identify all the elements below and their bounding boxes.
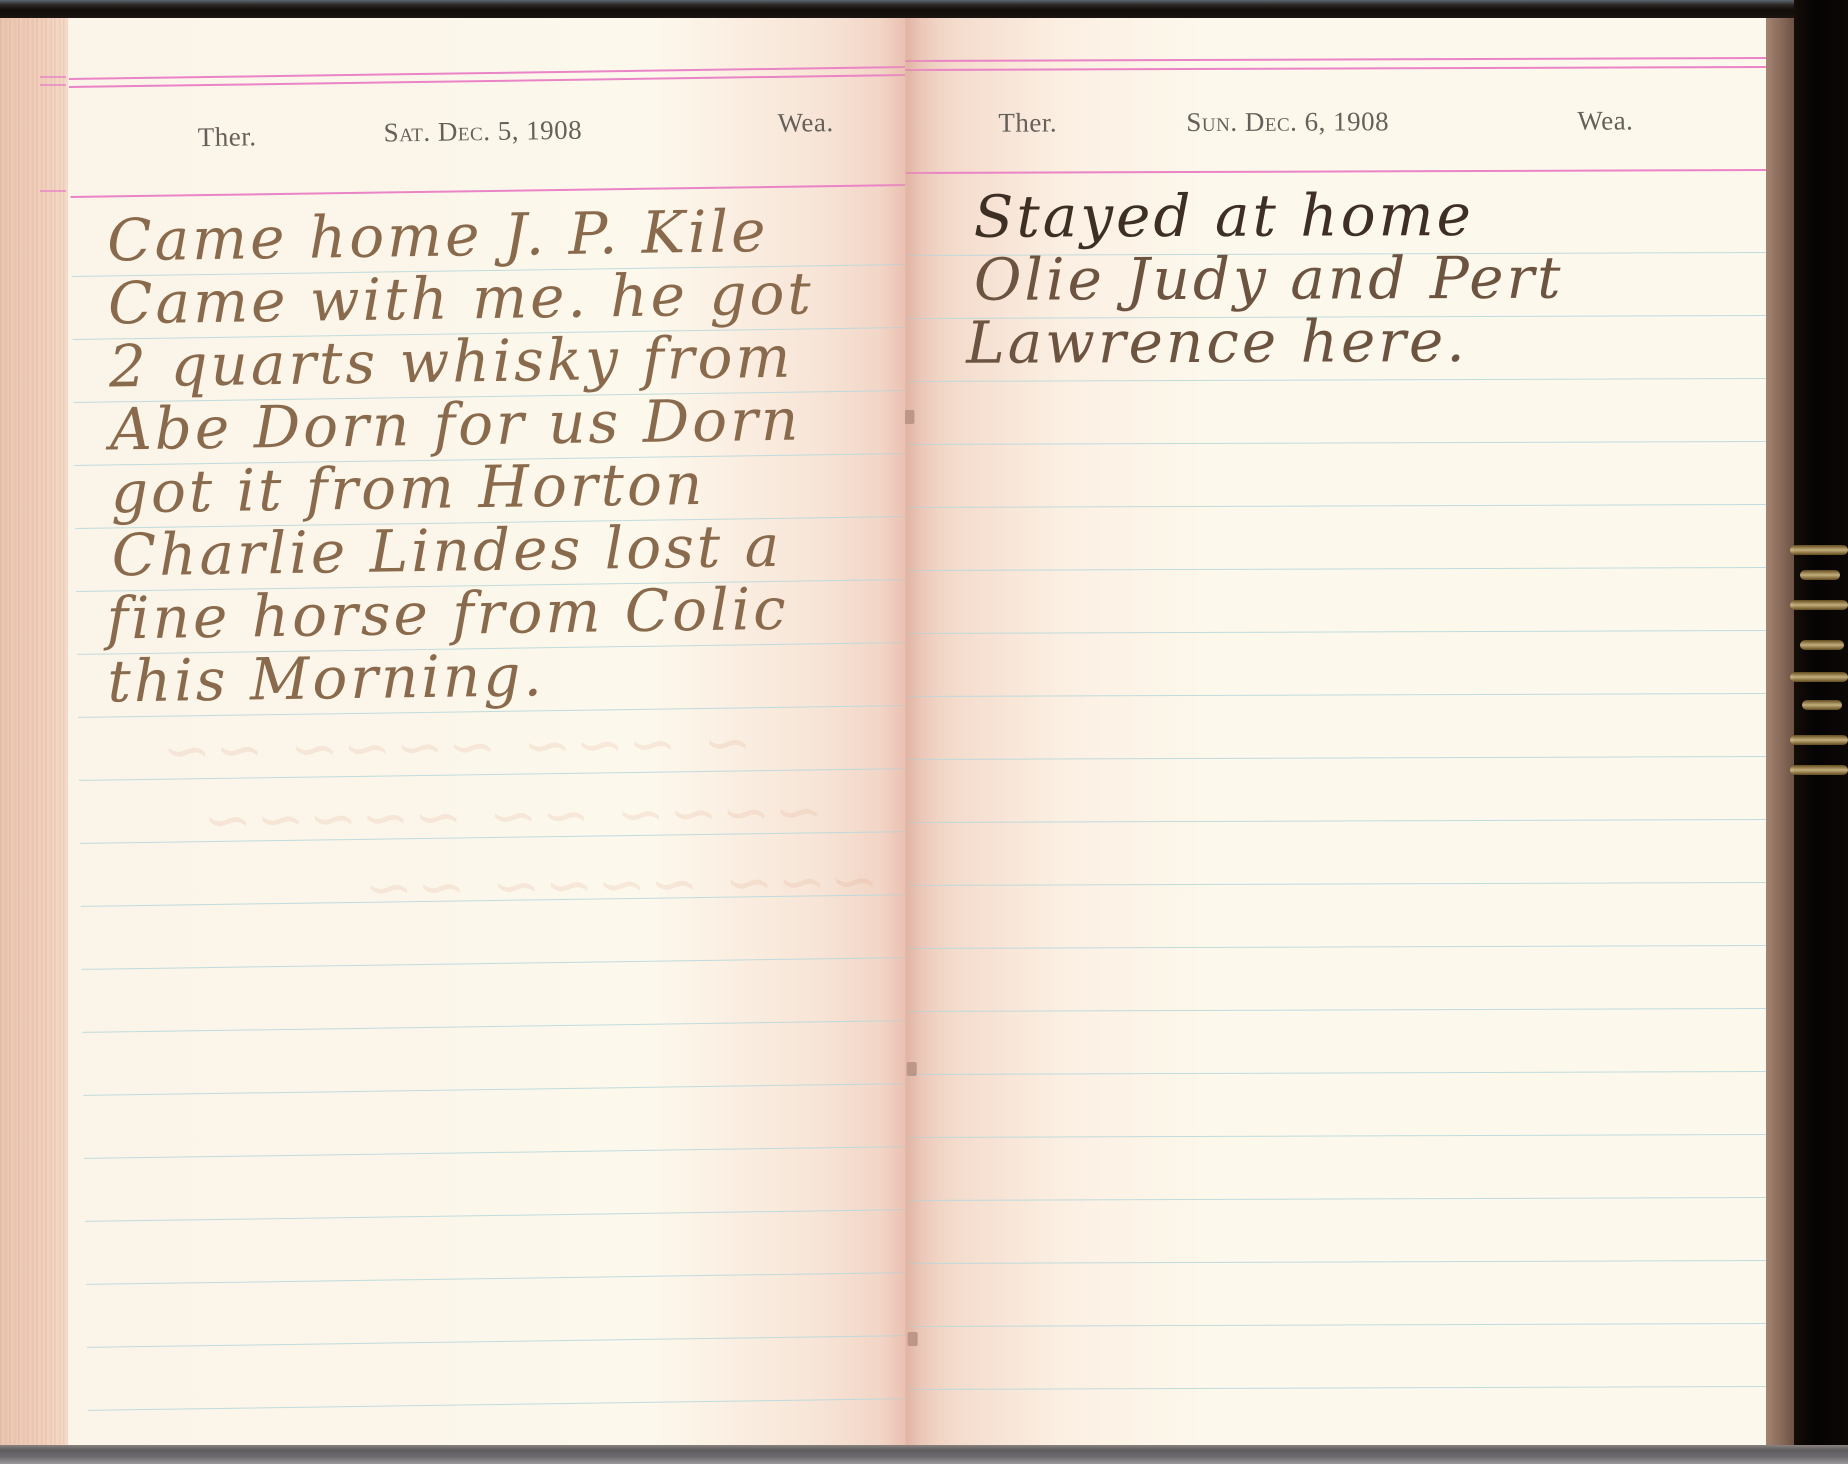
page-date: Sun. Dec. 6, 1908	[1186, 108, 1389, 136]
ruled-line	[907, 504, 1766, 508]
page-sheet: Ther. Sat. Dec. 5, 1908 Wea. ~ ~~~ ~~~~ …	[68, 18, 905, 1445]
binding-stitch	[907, 1062, 917, 1076]
entry-line-4: Abe Dorn for us Dorn	[109, 391, 801, 459]
ruled-line	[908, 1008, 1766, 1012]
entry-line-3: 2 quarts whisky from	[109, 328, 794, 396]
pink-rule-edge-tick	[40, 76, 66, 78]
entry-line-2: Came with me. he got	[108, 264, 814, 332]
ruled-line	[909, 1134, 1766, 1138]
entry-line-6: Charlie Lindes lost a	[111, 517, 782, 585]
bleed-through-text: ~~~~ ~~ ~~~~~	[199, 777, 823, 854]
ruled-line	[908, 945, 1766, 949]
header-rule-bottom	[906, 169, 1766, 174]
ruled-line	[908, 882, 1766, 886]
ruled-line	[82, 957, 905, 970]
ruled-line	[906, 441, 1766, 445]
binding-thread	[1790, 600, 1848, 610]
page-stack-right	[1766, 18, 1794, 1445]
page-stack-left	[0, 18, 69, 1445]
ruled-line	[907, 693, 1766, 697]
ruled-line	[908, 756, 1766, 760]
entry-line-1: Stayed at home	[974, 186, 1474, 246]
diary-page-right: Ther. Sun. Dec. 6, 1908 Wea. Stayed at h…	[905, 18, 1766, 1445]
binding-thread	[1790, 765, 1848, 775]
ruled-line	[83, 1020, 905, 1033]
book-top-edge	[0, 0, 1848, 18]
ruled-line	[909, 1197, 1766, 1201]
entry-line-1: Came home J. P. Kile	[107, 202, 769, 269]
ruled-line	[87, 1335, 905, 1348]
binding-thread	[1790, 545, 1848, 555]
header-rule-bottom	[71, 184, 905, 198]
book-cover-spine	[1794, 0, 1848, 1464]
book-bottom-edge	[0, 1445, 1848, 1464]
entry-line-5: got it from Horton	[110, 455, 705, 522]
binding-thread	[1800, 570, 1840, 580]
diary-page-left: Ther. Sat. Dec. 5, 1908 Wea. ~ ~~~ ~~~~ …	[68, 18, 905, 1445]
ruled-line	[85, 1209, 905, 1222]
wea-label: Wea.	[777, 109, 833, 137]
entry-line-3: Lawrence here.	[966, 312, 1468, 372]
entry-line-7: fine horse from Colic	[106, 580, 789, 648]
ruled-line	[910, 1386, 1766, 1390]
wea-label: Wea.	[1577, 107, 1633, 134]
ther-label: Ther.	[198, 123, 257, 151]
binding-stitch	[905, 410, 914, 424]
binding-thread	[1802, 700, 1842, 710]
header-rule-top-2	[905, 66, 1766, 71]
date-day: Sun.	[1186, 107, 1237, 137]
entry-line-2: Olie Judy and Pert	[974, 249, 1564, 309]
ruled-line	[907, 567, 1766, 571]
bleed-through-text: ~~~ ~~~~ ~~	[360, 846, 879, 921]
bleed-through-text: ~ ~~~ ~~~~ ~~	[158, 708, 752, 784]
header-rule-top	[69, 66, 905, 80]
date-day: Sat.	[383, 117, 430, 148]
page-sheet: Ther. Sun. Dec. 6, 1908 Wea. Stayed at h…	[905, 18, 1766, 1445]
binding-thread	[1790, 735, 1848, 745]
ther-label: Ther.	[998, 109, 1057, 136]
ruled-line	[909, 1260, 1766, 1264]
date-rest: Dec. 6, 1908	[1245, 106, 1389, 137]
ruled-line	[86, 1272, 905, 1285]
ruled-line	[84, 1146, 905, 1159]
ruled-line	[907, 630, 1766, 634]
page-date: Sat. Dec. 5, 1908	[383, 117, 582, 147]
ruled-line	[88, 1398, 905, 1411]
ruled-line	[908, 819, 1766, 823]
header-rule-top	[905, 57, 1766, 62]
pink-rule-edge-tick	[40, 84, 66, 86]
binding-thread	[1800, 640, 1844, 650]
pink-rule-edge-tick	[40, 190, 66, 192]
binding-stitch	[908, 1332, 918, 1346]
date-rest: Dec. 5, 1908	[438, 115, 583, 147]
ruled-line	[83, 1083, 905, 1096]
ruled-line	[910, 1323, 1766, 1327]
ruled-line	[909, 1071, 1766, 1075]
ruled-line	[906, 378, 1766, 382]
binding-thread	[1790, 672, 1848, 682]
entry-line-8: this Morning.	[107, 646, 545, 710]
